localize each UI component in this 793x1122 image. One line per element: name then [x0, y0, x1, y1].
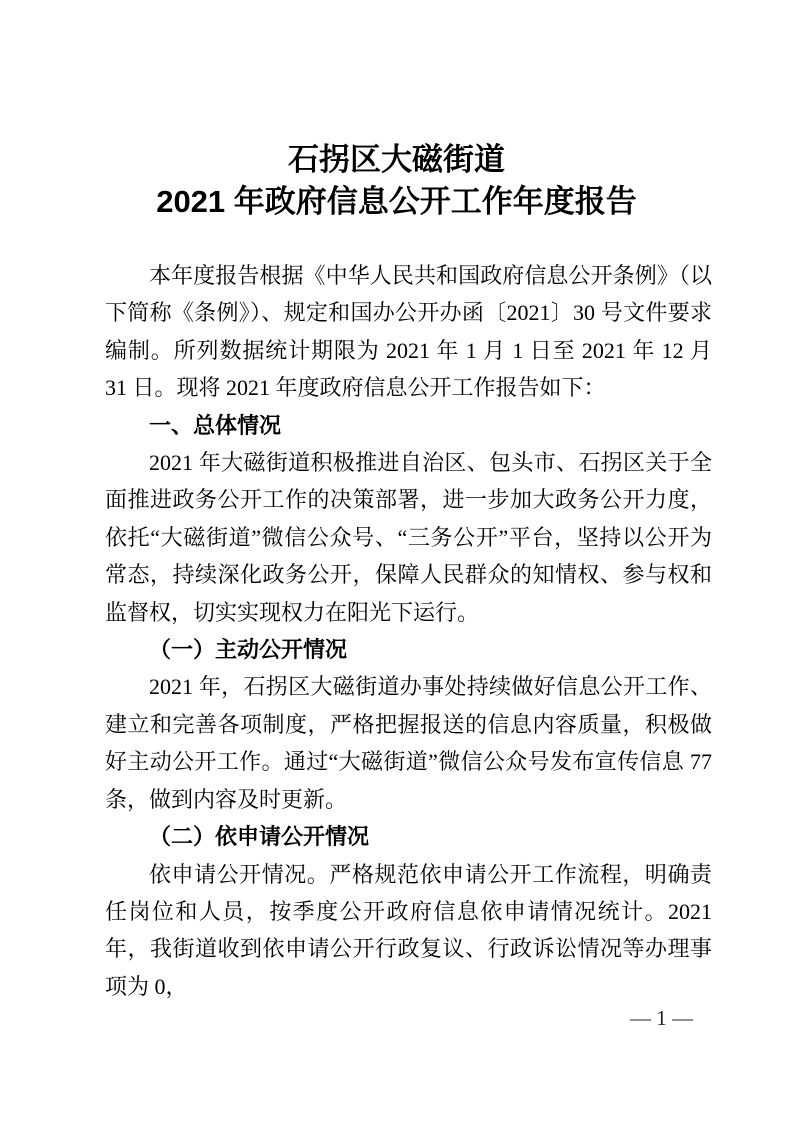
paragraph-disclosure-upon-request: 依申请公开情况。严格规范依申请公开工作流程，明确责任岗位和人员，按季度公开政府信…: [105, 856, 712, 1006]
document-body: 本年度报告根据《中华人民共和国政府信息公开条例》（以下简称《条例》）、规定和国办…: [105, 257, 712, 1005]
document-title: 石拐区大磁街道 2021 年政府信息公开工作年度报告: [0, 0, 793, 223]
subsection-heading-disclosure-upon-request: （二）依申请公开情况: [105, 818, 712, 855]
title-line-1: 石拐区大磁街道: [0, 139, 793, 181]
subsection-heading-proactive-disclosure: （一）主动公开情况: [105, 631, 712, 668]
page-number: — 1 —: [630, 1006, 693, 1030]
document-page: 石拐区大磁街道 2021 年政府信息公开工作年度报告 本年度报告根据《中华人民共…: [0, 0, 793, 1122]
paragraph-report-basis: 本年度报告根据《中华人民共和国政府信息公开条例》（以下简称《条例》）、规定和国办…: [105, 257, 712, 407]
section-heading-overall-situation: 一、总体情况: [105, 407, 712, 444]
paragraph-proactive-disclosure: 2021 年，石拐区大磁街道办事处持续做好信息公开工作、建立和完善各项制度，严格…: [105, 668, 712, 818]
title-line-2: 2021 年政府信息公开工作年度报告: [0, 181, 793, 223]
paragraph-overall-situation: 2021 年大磁街道积极推进自治区、包头市、石拐区关于全面推进政务公开工作的决策…: [105, 444, 712, 631]
